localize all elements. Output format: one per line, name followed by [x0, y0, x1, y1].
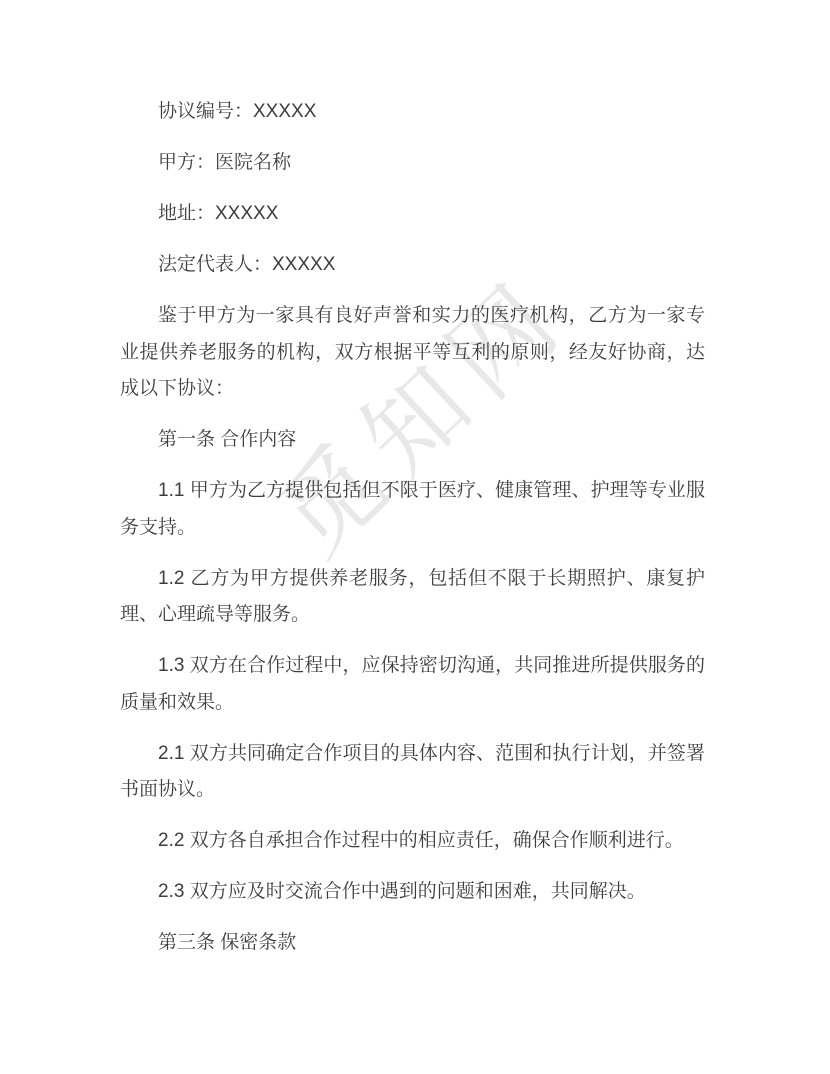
para-clause-2-2: 2.2 双方各自承担合作过程中的相应责任，确保合作顺利进行。 [120, 823, 705, 860]
para-party-a: 甲方：医院名称 [120, 145, 705, 182]
heading-article-3: 第三条 保密条款 [120, 925, 705, 962]
para-legal-representative: 法定代表人：XXXXX [120, 247, 705, 284]
para-clause-2-1: 2.1 双方共同确定合作项目的具体内容、范围和执行计划，并签署书面协议。 [120, 736, 705, 809]
para-clause-1-1: 1.1 甲方为乙方提供包括但不限于医疗、健康管理、护理等专业服务支持。 [120, 473, 705, 546]
para-address: 地址：XXXXX [120, 196, 705, 233]
document-page: 觅知网 协议编号：XXXXX 甲方：医院名称 地址：XXXXX 法定代表人：XX… [0, 0, 830, 1074]
heading-article-1: 第一条 合作内容 [120, 422, 705, 459]
document-content: 协议编号：XXXXX 甲方：医院名称 地址：XXXXX 法定代表人：XXXXX … [120, 94, 705, 976]
para-clause-1-3: 1.3 双方在合作过程中，应保持密切沟通，共同推进所提供服务的质量和效果。 [120, 648, 705, 721]
para-clause-1-2: 1.2 乙方为甲方提供养老服务，包括但不限于长期照护、康复护理、心理疏导等服务。 [120, 561, 705, 634]
para-preamble: 鉴于甲方为一家具有良好声誉和实力的医疗机构，乙方为一家专业提供养老服务的机构，双… [120, 298, 705, 408]
page-background: { "colors": { "page-bg": "#ffffff", "tex… [0, 0, 830, 1074]
para-agreement-number: 协议编号：XXXXX [120, 94, 705, 131]
para-clause-2-3: 2.3 双方应及时交流合作中遇到的问题和困难，共同解决。 [120, 874, 705, 911]
